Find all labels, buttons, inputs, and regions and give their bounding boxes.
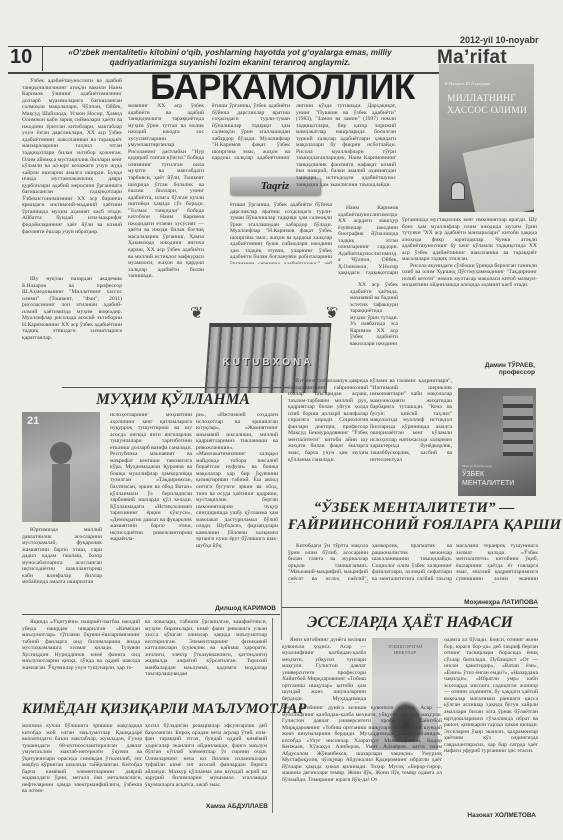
newspaper-page: 2012-yil 10-noyabr 10 «O‘zbek mentalitet… [0,0,563,840]
book-cover-mentaliteti: Мақсуд Бекмуродов ЎЗБЕК МЕНТАЛИТЕТИ [458,388,536,496]
paragraph: Яқинда «Ўқитувчи» нашриёт-матбаа ижодий … [22,619,140,671]
byline-karimov: Дилшод КАРИМОВ [190,605,276,612]
qullanma-col1: Юртимизда миллий давлатчилик асосларини … [22,527,102,612]
paragraph: ри», «Ижтимоий соҳадаги ислоҳотлар ва эр… [196,412,278,549]
cover-number: 21 [27,415,39,427]
paragraph: Янги китобнинг дунёга келиши қувончли ҳо… [282,637,366,703]
section-rule [282,607,538,608]
esselarda-col1a: Янги китобнинг дунёга келиши қувончли ҳо… [282,637,366,703]
book-author: Мақсуд Бекмуродов [462,464,492,468]
book-title-line2: ИШҚУЛАР [376,650,434,656]
headline-uzbek-mentaliteti: “ЎЗБЕК МЕНТАЛИТЕТИ” — ҒАЙРИИНСОНИЙ ҒОЯЛА… [288,500,540,534]
paragraph: ислоҳотларнинг моҳиятини аҳолининг кенг … [110,412,192,543]
paragraph: Рисола якунидаги сўзбоши ўрнида берилган… [402,263,537,289]
byline-abdullaev: Хамза АБДУЛЛАЕВ [170,803,268,810]
byline-title: профессор [440,369,535,376]
book-page-graphic [463,136,534,212]
section-rule [62,387,288,388]
headline-esselarda: ЭССЕЛАРДА ҲАЁТ НАФАСИ [282,614,538,632]
kutubxona-illustration: ❦ ❦ KUTUBXONA [185,275,350,390]
mentalitet-intro-col1: Бугунги глобаллашув даврида ёшларимизнин… [288,378,368,493]
barkamollik-col4b: Наим Каримов адабиётшунослигимизда XX ас… [338,205,398,277]
book-title-line2: МЕНТАЛИТЕТИ [462,480,514,487]
page-number-divider [42,47,43,71]
book-title: ТОБИШ ОРТГАН ИШҚУЛАР [376,644,434,656]
headline-muhim-qullanma: МУҲИМ ҚЎЛЛАНМА [62,391,284,409]
ornament-left-icon: ❦ [190,303,203,323]
byline-turaev: Дамин ТЎРАЕВ, профессор [440,362,535,376]
barkamollik-col4: лигини кўзда тутишади. Дарҳақиқат, унинг… [296,103,396,203]
barkamollik-col3a: ётиши ўрганиш, ўзбек адабиёти бўйича дар… [212,103,290,161]
barkamollik-col1: Ўзбек адабиётшунослиги ва адабий танқидч… [22,78,122,274]
paragraph: XX аср ўзбек адабиёти ҳаётида, маънавий … [350,282,398,347]
byline-name: Дамин ТЎРАЕВ, [440,362,535,369]
paragraph: Наим Каримов адабиётшунослигимизда XX ас… [338,205,398,277]
headline-kimyodan: КИМЁДАН ҚИЗИҚАРЛИ МАЪЛУМОТЛАР [22,701,272,718]
paragraph: ҳамкорлик, прагматик ва рационалистик ме… [372,543,452,583]
paragraph: Шу нуқтаи назардан академик Б.Назаров ва… [22,276,122,341]
paragraph: ўрганишда мустақиллик кенг имкониятлар я… [402,217,537,263]
barkamollik-col1b: Шу нуқтаи назардан академик Б.Назаров ва… [22,276,122,372]
barkamollik-col4c: XX аср ўзбек адабиёти ҳаётида, маънавий … [350,282,398,372]
qullanma-col2: ислоҳотларнинг моҳиятини аҳолининг кенг … [110,412,192,612]
mentalitet-body-col1: Китобдаги ўн тўртта мақола ўрни олим бўл… [288,543,368,583]
column-divider [281,395,282,640]
paragraph: ҳосил бўладиган реакциялар эфсунгарлик д… [145,723,267,788]
issue-date: 2012-yil 10-noyabr [460,35,539,45]
mentalitet-body-col2: ҳамкорлик, прагматик ва рационалистик ме… [372,543,452,583]
kimyodan-body-col2: ҳосил бўладиган реакциялар эфсунгарлик д… [145,723,267,801]
monument-graphic [52,464,70,522]
paragraph: Янги китобнинг дунёга келиши қувончли ҳо… [282,705,442,784]
book-authors: Б.Назаров Ш.Аҳмедова [445,81,490,86]
cover-photo-collage [503,396,533,456]
paragraph: ётиши ўрганиш, ўзбек адабиёти бўйича дар… [230,202,332,264]
kimyodan-intro-col2: ва ловалари, табиати ўрганилган, кашфиёт… [145,619,267,701]
mentalitet-intro-col2: кўлами ва ғаламис қадриятлари", "Ижтимои… [370,378,452,493]
header-quote: «O‘zbek mentaliteti» kitobini o‘qib, yos… [60,48,400,68]
paragraph: кўлами ва ғаламис қадриятлари", "Ижтимои… [370,378,452,463]
barkamollik-col3b: ётиши ўрганиш, ўзбек адабиёти бўйича дар… [230,202,332,264]
book-title-line2: ХАССОС ОЛИМИ [447,106,527,116]
kimyodan-body-col1: монзона кучли бўлишига эришиш мақсадида … [22,723,142,801]
paragraph: ётиши ўрганиш, ўзбек адабиёти бўйича дар… [212,103,290,161]
byline-xolmetova: Назокат ХОЛМЕТОВА [430,812,536,819]
paragraph: Бугунги глобаллашув даврида ёшларимизнин… [288,378,368,463]
window-graphic-icon [451,182,465,200]
esselarda-col3: одамга ал бўлади. Боиси, отнинг жони бор… [444,637,538,769]
headline-line1: “ЎЗБЕК МЕНТАЛИТЕТИ” — [288,500,540,517]
headline-barkamollik: БАРКАМОЛЛИК [150,68,415,108]
kimyodan-intro-col1: Яқинда «Ўқитувчи» нашриёт-матбаа ижодий … [22,619,140,701]
barkamollik-col5: ўрганишда мустақиллик кенг имкониятлар я… [402,217,537,317]
paragraph: Ўзбек адабиётшунослиги ва адабий танқидч… [22,78,122,235]
qullanma-col3: ри», «Ижтимоий соҳадаги ислоҳотлар ва эр… [196,412,278,602]
paragraph: мовнинг XX аср ўзбек адабиёти ва адабий … [128,103,204,280]
paragraph: Юртимизда миллий давлатчилик асосларини … [22,527,102,586]
column-divider [272,618,273,813]
page-number: 10 [10,46,32,69]
paragraph: Китобдаги ўн тўртта мақола ўрни олим бўл… [288,543,368,583]
paragraph: лигини кўзда тутишади. Дарҳақиқат, унинг… [296,103,396,188]
headline-line2: ҒАЙРИИНСОНИЙ ҒОЯЛАРГА ҚАРШИ [288,517,540,534]
paragraph: монзона кучли бўлишига эришиш мақсадида … [22,723,142,795]
sun-graphic [240,275,310,315]
ornament-right-icon: ❦ [325,303,338,323]
paragraph: ва ловалари, табиати ўрганилган, кашфиёт… [145,619,267,678]
book-cover-millatning: Б.Назаров Ш.Аҳмедова МИЛЛАТНИНГ ХАССОС О… [439,64,534,212]
byline-latipova: Моҳинеҳра ЛАТИПОВА [440,599,538,606]
book-title-line1: МИЛЛАТНИНГ [447,94,516,104]
esselarda-col1b: Янги китобнинг дунёга келиши қувончли ҳо… [282,705,442,803]
book-title-line1: ЎЗБЕК [462,471,484,478]
paragraph: одамга ал бўлади. Боиси, отнинг жони бор… [444,637,538,755]
mentalitet-body-col3: масалани теранроқ тушунишга хизмат қилад… [456,543,538,583]
globe-graphic [50,442,72,464]
section-rule [22,614,280,615]
kutubxona-label: KUTUBXONA [213,357,323,368]
paragraph: масалани теранроқ тушунишга хизмат қилад… [456,543,538,583]
book-cover-qullanma: 21 [22,412,100,522]
